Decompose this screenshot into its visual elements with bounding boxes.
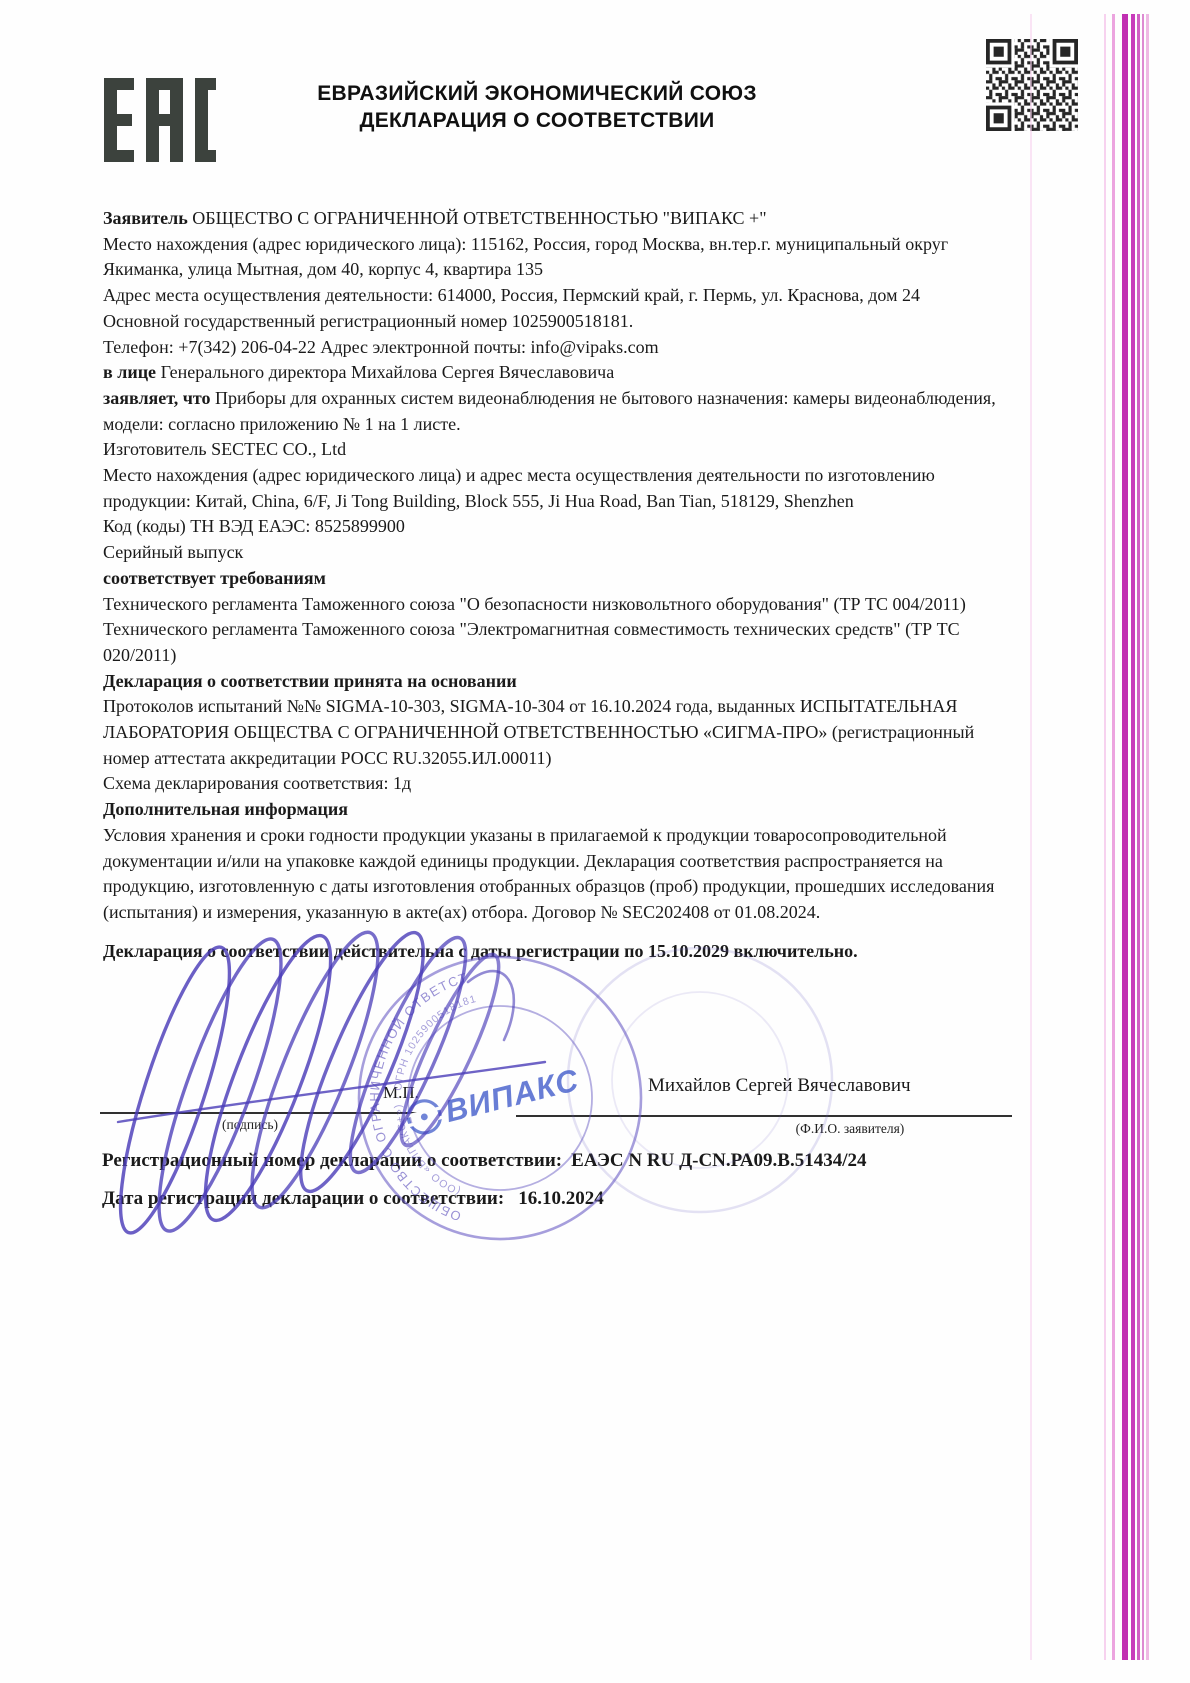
stamp-place-label: М.П. [383,1083,419,1103]
registration-date-line: Дата регистрации декларации о соответств… [102,1188,604,1210]
stripe-6 [1142,14,1144,1660]
applicant-value: ОБЩЕСТВО С ОГРАНИЧЕННОЙ ОТВЕТСТВЕННОСТЬЮ… [188,208,767,228]
registration-number-label: Регистрационный номер декларации о соотв… [102,1150,562,1171]
additional-info-paragraph: Условия хранения и сроки годности продук… [103,823,1010,926]
signature-line [100,1112,420,1114]
text: Технического регламента Таможенного союз… [103,619,960,665]
stripe-1 [1104,14,1106,1660]
lead: Декларация о соответствии принята на осн… [103,671,517,691]
registration-number-line: Регистрационный номер декларации о соотв… [102,1150,867,1172]
fio-line [516,1115,1012,1117]
text: Генерального директора Михайлова Сергея … [156,362,614,382]
applicant-address-paragraph: Место нахождения (адрес юридического лиц… [103,232,1010,283]
additional-info-heading: Дополнительная информация [103,797,1010,823]
stripe-3 [1122,14,1128,1660]
fio-caption: (Ф.И.О. заявителя) [700,1121,1000,1137]
stripe-7 [1146,14,1149,1660]
lead: заявляет, что [103,388,211,408]
declares-paragraph: заявляет, что Приборы для охранных систе… [103,386,1010,437]
document-header: ЕВРАЗИЙСКИЙ ЭКОНОМИЧЕСКИЙ СОЮЗ ДЕКЛАРАЦИ… [237,80,837,134]
text: Основной государственный регистрационный… [103,311,633,331]
applicant-fio: Михайлов Сергей Вячеславович [648,1075,911,1097]
text: Место нахождения (адрес юридического лиц… [103,465,935,511]
applicant-label: Заявитель [103,208,188,228]
manufacturer-address-paragraph: Место нахождения (адрес юридического лиц… [103,463,1010,514]
text: Технического регламента Таможенного союз… [103,594,966,614]
representative-paragraph: в лице Генерального директора Михайлова … [103,360,1010,386]
stripe-5 [1137,14,1140,1660]
text: Серийный выпуск [103,542,243,562]
declaration-body: Заявитель ОБЩЕСТВО С ОГРАНИЧЕННОЙ ОТВЕТС… [103,206,1010,964]
basis-heading: Декларация о соответствии принята на осн… [103,669,1010,695]
text: Приборы для охранных систем видеонаблюде… [103,388,996,434]
doc-title: ДЕКЛАРАЦИЯ О СООТВЕТСТВИИ [237,107,837,134]
text: Условия хранения и сроки годности продук… [103,825,994,922]
text: Место нахождения (адрес юридического лиц… [103,234,948,280]
registration-date-label: Дата регистрации декларации о соответств… [102,1188,504,1209]
text: Изготовитель SECTEC CO., Ltd [103,439,346,459]
applicant-paragraph: Заявитель ОБЩЕСТВО С ОГРАНИЧЕННОЙ ОТВЕТС… [103,206,1010,232]
registration-date-value: 16.10.2024 [518,1188,604,1209]
text: Телефон: +7(342) 206-04-22 Адрес электро… [103,337,659,357]
conforms-heading: соответствует требованиям [103,566,1010,592]
text: Схема декларирования соответствия: 1д [103,773,411,793]
ogrn-paragraph: Основной государственный регистрационный… [103,309,1010,335]
lead: Дополнительная информация [103,799,348,819]
lead: соответствует требованиям [103,568,326,588]
company-stamp: ОБЩЕСТВО С ОГРАНИЧЕННОЙ ОТВЕТСТВЕННОСТЬЮ… [329,927,671,1269]
manufacturer-paragraph: Изготовитель SECTEC CO., Ltd [103,437,1010,463]
lead: в лице [103,362,156,382]
scheme-paragraph: Схема декларирования соответствия: 1д [103,771,1010,797]
contacts-paragraph: Телефон: +7(342) 206-04-22 Адрес электро… [103,335,1010,361]
protocols-paragraph: Протоколов испытаний №№ SIGMA-10-303, SI… [103,694,1010,771]
eac-logo-icon [104,78,216,162]
text: Код (коды) ТН ВЭД ЕАЭС: 8525899900 [103,516,405,536]
text: Адрес места осуществления деятельности: … [103,285,920,305]
text: Протоколов испытаний №№ SIGMA-10-303, SI… [103,696,974,767]
stripe-4 [1131,14,1135,1660]
regulation-1-paragraph: Технического регламента Таможенного союз… [103,592,1010,618]
stripe-2 [1112,14,1115,1660]
stamp-center-text: ВИПАКС [442,1062,583,1129]
union-title: ЕВРАЗИЙСКИЙ ЭКОНОМИЧЕСКИЙ СОЮЗ [237,80,837,107]
signature-caption: (подпись) [170,1117,330,1133]
qr-code-icon [986,38,1078,132]
validity-statement: Декларация о соответствии действительна … [103,939,1010,965]
serial-issue-paragraph: Серийный выпуск [103,540,1010,566]
declaration-document: ЕВРАЗИЙСКИЙ ЭКОНОМИЧЕСКИЙ СОЮЗ ДЕКЛАРАЦИ… [0,0,1190,1683]
stripe-faint-far [1030,14,1032,1660]
registration-number-value: ЕАЭС N RU Д-CN.РА09.В.51434/24 [571,1150,866,1171]
business-address-paragraph: Адрес места осуществления деятельности: … [103,283,1010,309]
regulation-2-paragraph: Технического регламента Таможенного союз… [103,617,1010,668]
tnved-code-paragraph: Код (коды) ТН ВЭД ЕАЭС: 8525899900 [103,514,1010,540]
